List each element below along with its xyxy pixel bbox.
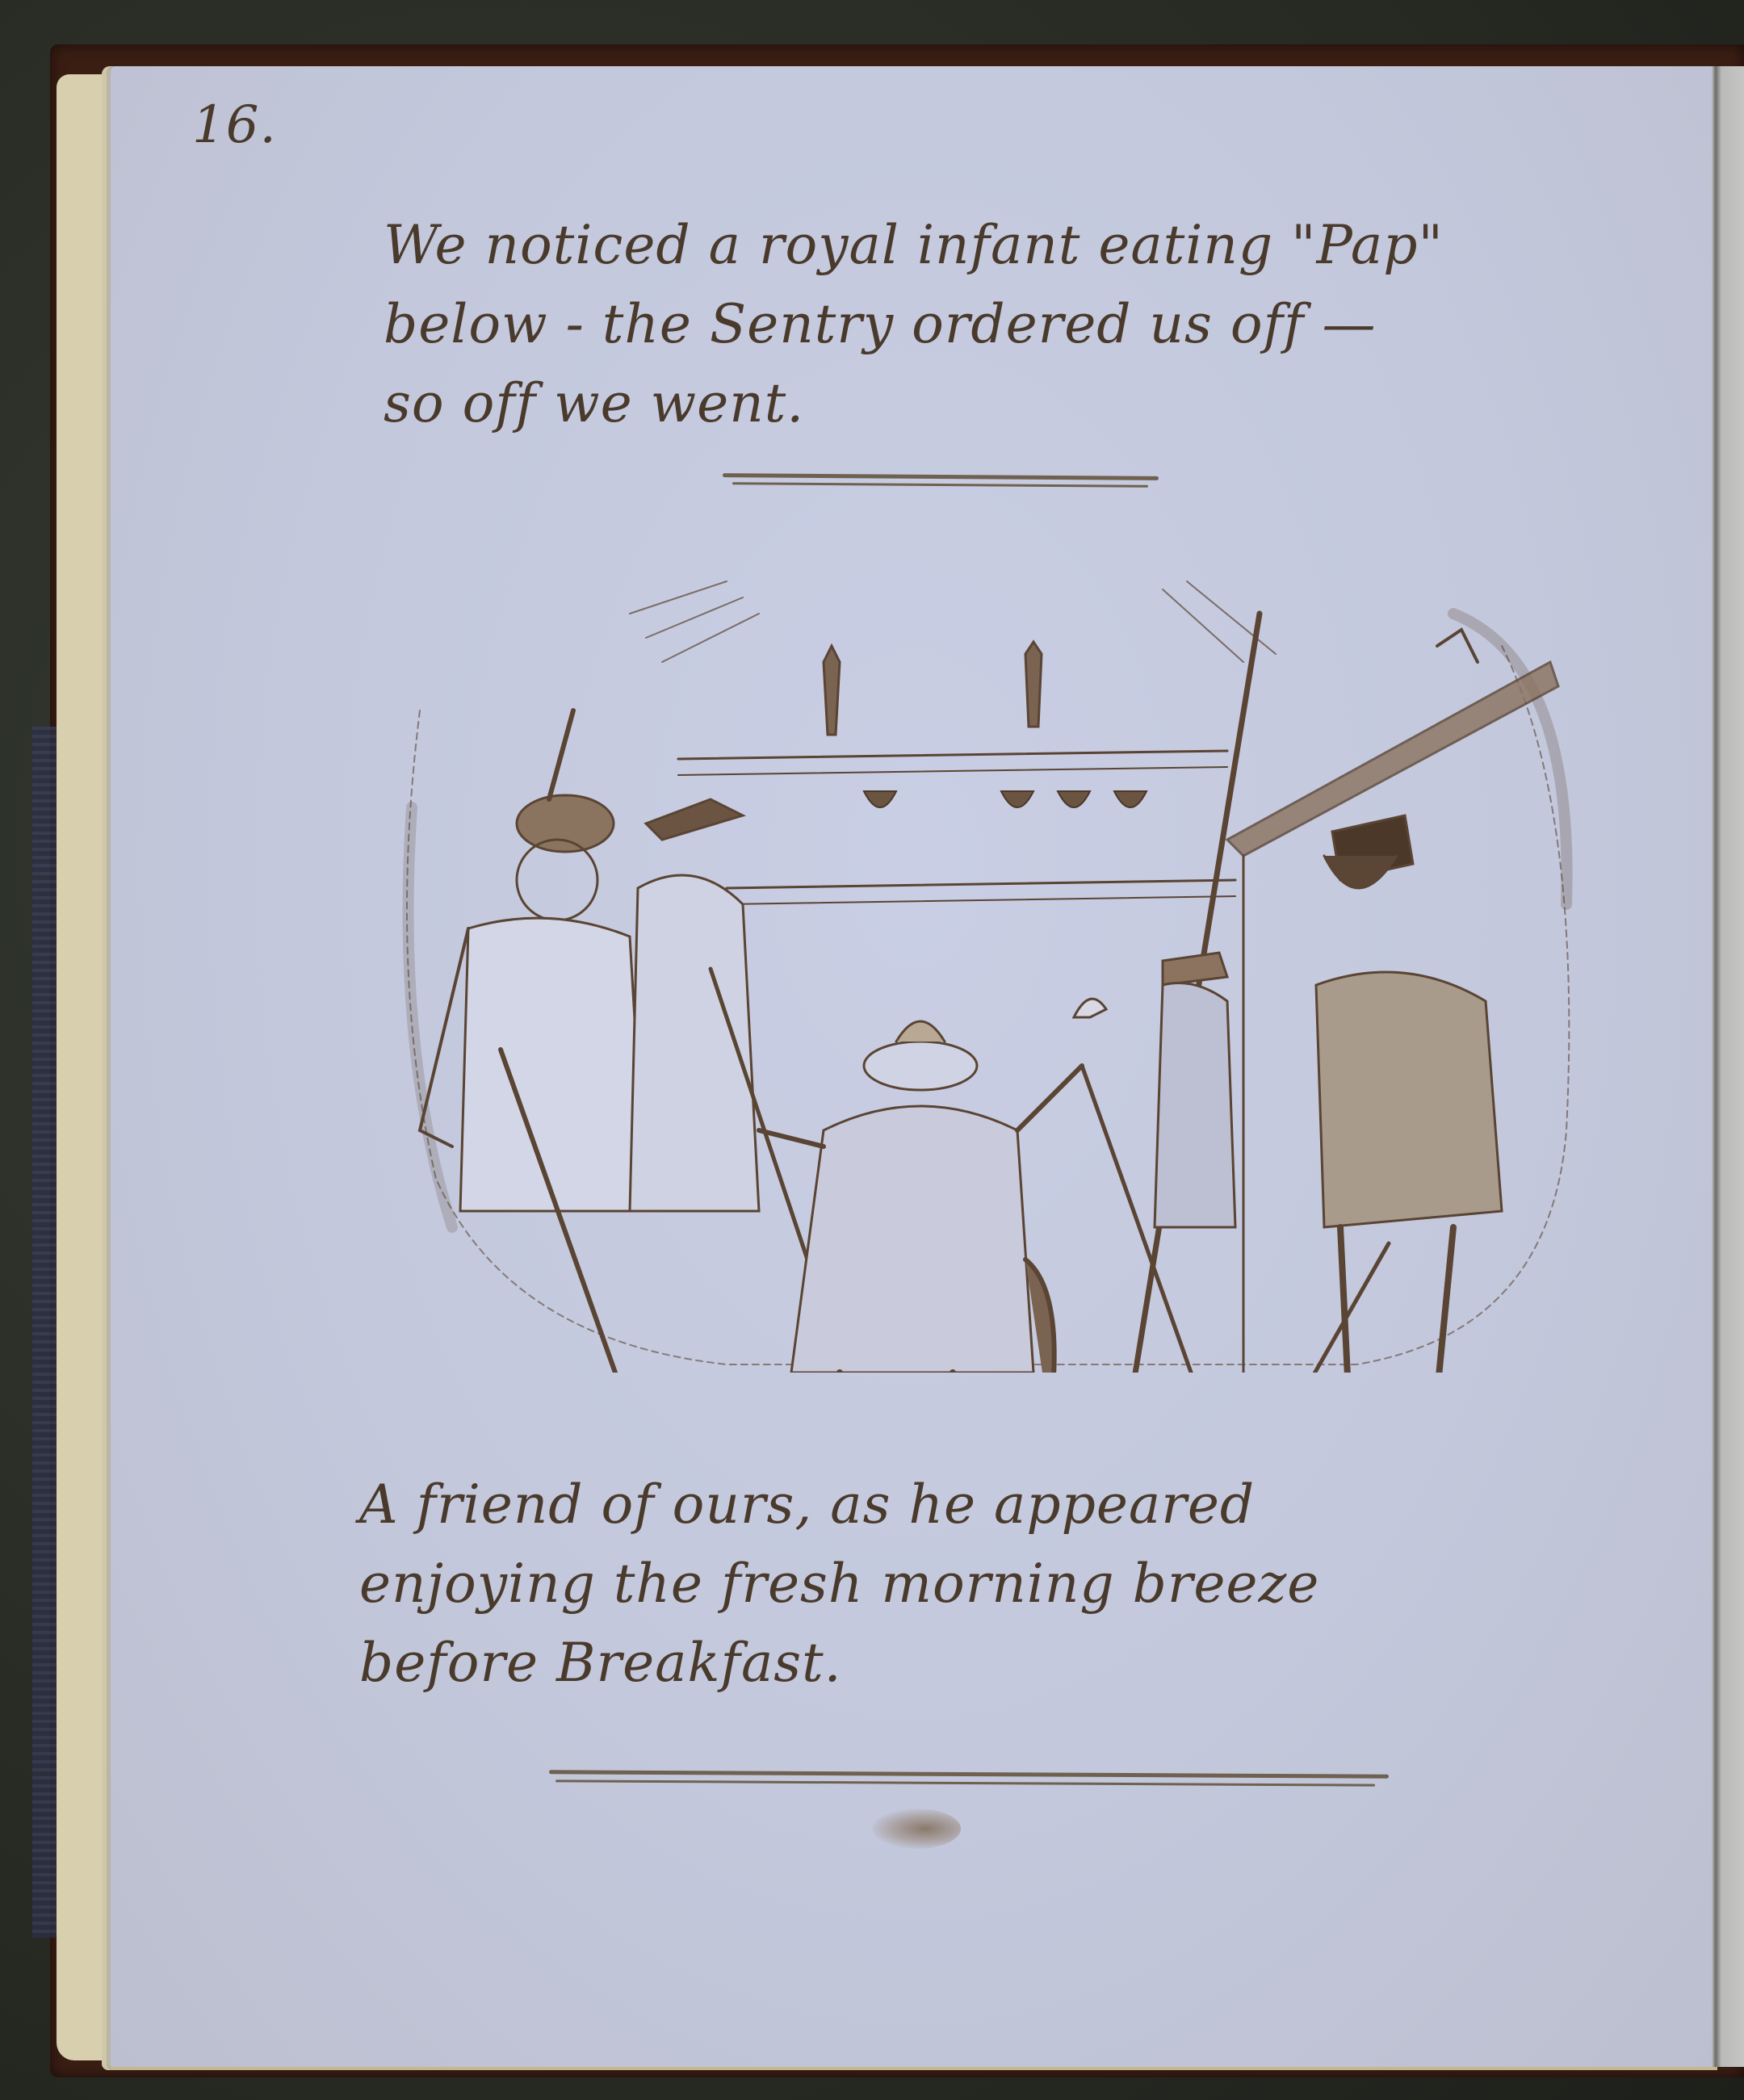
page-gutter — [1712, 66, 1744, 2067]
caption-paragraph: A friend of ours, as he appeared enjoyin… — [359, 1465, 1319, 1703]
top-line-2: below - the Sentry ordered us off — — [384, 285, 1444, 364]
double-rule-top — [723, 475, 1159, 494]
spine-cloth — [32, 727, 57, 1938]
top-line-3: so off we went. — [384, 364, 1444, 443]
double-rule-bottom — [549, 1772, 1389, 1792]
caption-line-2: enjoying the fresh morning breeze — [359, 1545, 1319, 1624]
top-line-1: We noticed a royal infant eating "Pap" — [384, 206, 1444, 285]
caption-line-1: A friend of ours, as he appeared — [359, 1465, 1319, 1545]
sketch-drawing — [388, 565, 1583, 1373]
ink-blot — [872, 1809, 961, 1849]
deck-scene-illustration: Deck scene sketch — [388, 565, 1583, 1373]
rule-line — [555, 1779, 1375, 1786]
page-number: 16. — [192, 95, 277, 155]
caption-line-3: before Breakfast. — [359, 1624, 1319, 1703]
rule-line — [723, 473, 1159, 480]
rule-line — [732, 482, 1148, 488]
top-paragraph: We noticed a royal infant eating "Pap" b… — [384, 206, 1444, 443]
